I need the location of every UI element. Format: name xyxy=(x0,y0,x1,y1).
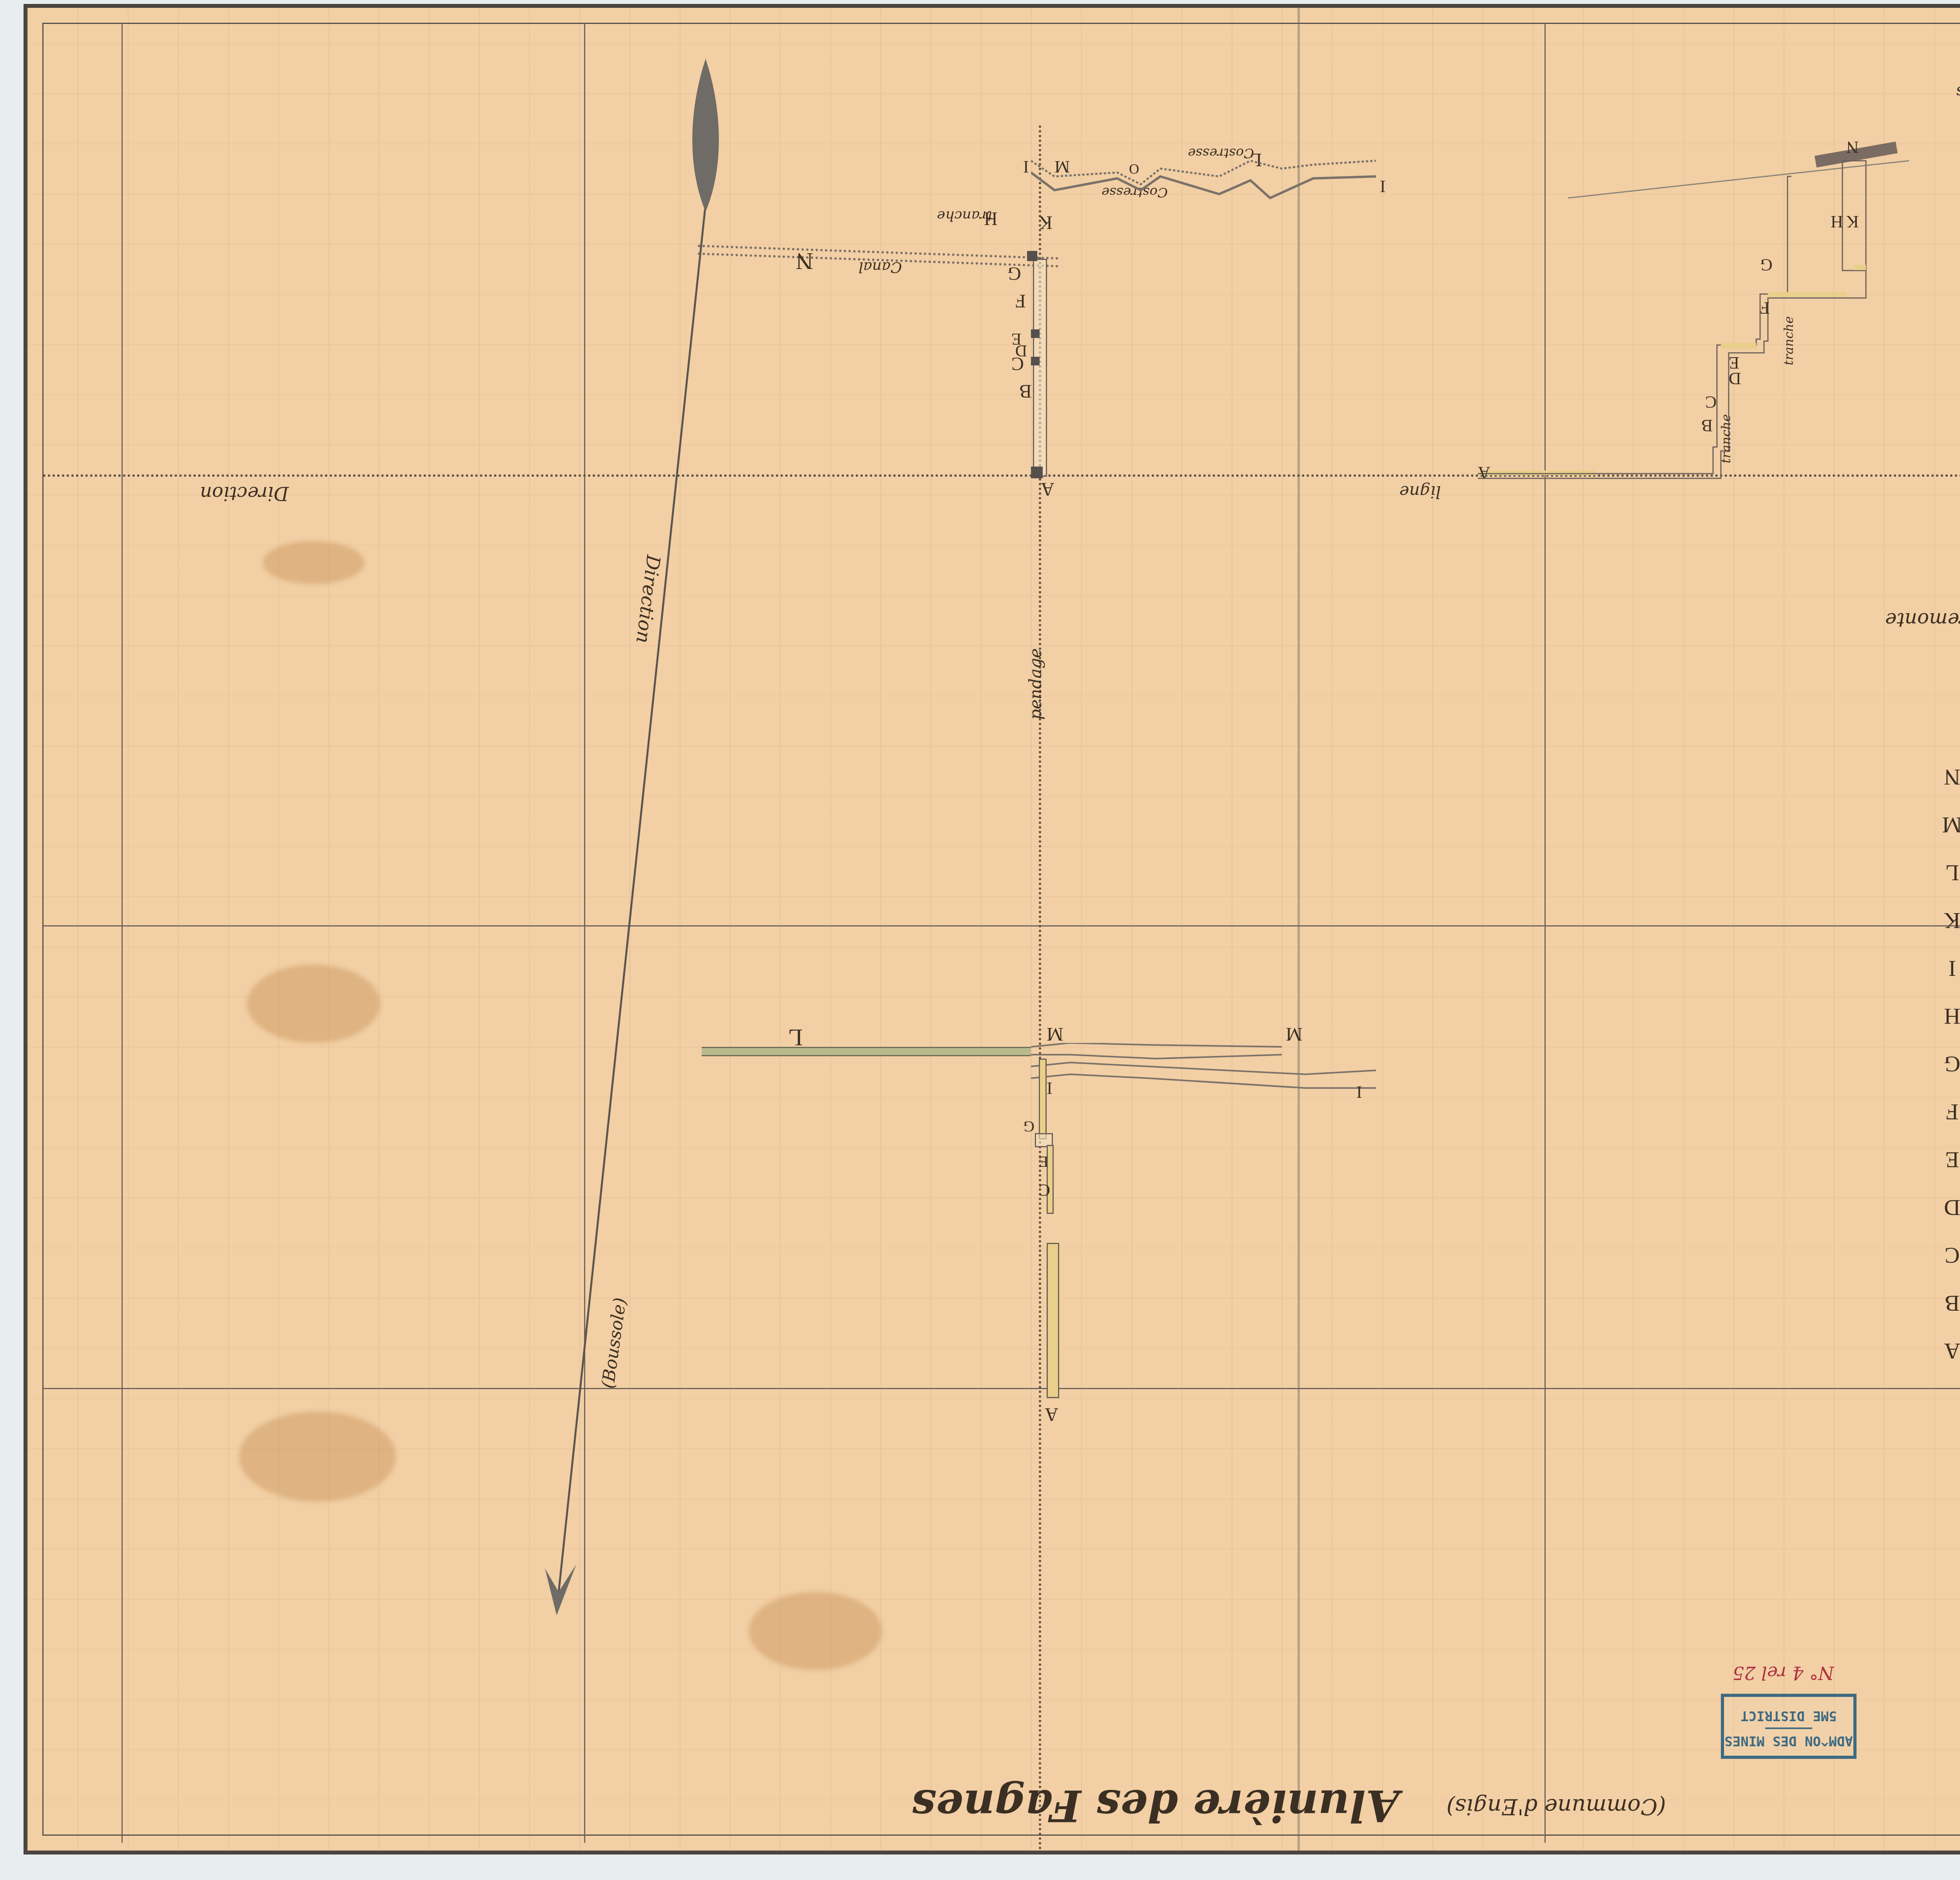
stamp-divider xyxy=(1765,1727,1812,1729)
legend-row: A Bure d'extraction, xyxy=(1921,1317,1960,1364)
section-letter-A: A xyxy=(1478,463,1490,483)
section-letter-C: C xyxy=(1705,392,1717,412)
legend-key: N xyxy=(1936,764,1960,790)
section-tranche-label: tranche xyxy=(1719,414,1733,463)
lower-letter-M-right: M xyxy=(1286,1023,1303,1045)
legend-row: N veine d'alun. xyxy=(1921,743,1960,790)
legend-key: G xyxy=(1936,1051,1960,1077)
lower-letter-C: C xyxy=(1039,1180,1050,1200)
shaft-marker xyxy=(1031,467,1043,478)
legend-row: F tranche du 2me au 3me bouxtay, xyxy=(1921,1078,1960,1125)
grid-line xyxy=(122,24,123,1843)
plan-letter-I-right: I xyxy=(1380,176,1386,196)
lower-shaft-bottom xyxy=(1047,1243,1059,1398)
section-letter-B: B xyxy=(1701,416,1713,436)
water-stain xyxy=(239,1411,396,1502)
plan-letter-G: G xyxy=(1007,263,1021,284)
plan-letter-A: A xyxy=(1041,478,1054,500)
stamp-line: ADM^ON DES MINES xyxy=(1724,1733,1853,1749)
canal-lower xyxy=(702,1047,1031,1056)
lower-letter-G: G xyxy=(1023,1117,1034,1136)
red-ink-note: N° 4 rel 25 xyxy=(1733,1662,1834,1684)
legend-key: A xyxy=(1936,1338,1960,1364)
direction-label-left: Direction xyxy=(200,482,289,504)
paper-fold xyxy=(1298,8,1300,1851)
legend-row: D tranche du 1er au 2me bouxtay, xyxy=(1921,1174,1960,1221)
legend-key: M xyxy=(1936,812,1960,838)
legend-key: K xyxy=(1936,908,1960,934)
shaft-marker xyxy=(1031,357,1040,365)
legend-row: B tranche, ou bacnure, du bure, au 1er b… xyxy=(1921,1270,1960,1317)
scale-block: Echelle, 10 20 30 40 50 60 70 80 90 100 … xyxy=(1870,16,1960,141)
water-stain xyxy=(247,965,380,1043)
legend-row: K tranche du fond du 3me bouxtay, xyxy=(1921,887,1960,934)
ligne-label: ligne xyxy=(1399,482,1441,501)
tranche-label: tranche xyxy=(937,208,992,224)
note-block: Il faut observer que l'eau descend par l… xyxy=(1752,541,1960,690)
footer-subtitle: (Commune d'Engis) xyxy=(1446,1794,1666,1819)
plan-letter-E: E xyxy=(1011,329,1022,348)
lower-letter-L: L xyxy=(788,1023,803,1051)
stamp-line: 5ME DISTRICT xyxy=(1724,1708,1853,1724)
grid-line xyxy=(43,1388,1960,1389)
lower-letter-E: E xyxy=(1039,1153,1048,1171)
plan-letter-L: N xyxy=(796,247,813,275)
lower-letter-A: A xyxy=(1045,1404,1058,1425)
legend-key: F xyxy=(1936,1099,1960,1125)
section-letter-F: F xyxy=(1760,298,1769,318)
legend-row: M Costresse à l'ouest, xyxy=(1921,791,1960,838)
compass-arrow-icon xyxy=(521,47,757,1635)
legend-row: H tranche en descendant le 3me bouxtay, xyxy=(1921,983,1960,1030)
legend-key: I xyxy=(1936,955,1960,982)
costresse-gallery xyxy=(1031,153,1384,216)
section-letter-E: E xyxy=(1729,353,1739,373)
shaft-marker xyxy=(1027,251,1037,261)
legend-row: C premier bouxtay, xyxy=(1921,1222,1960,1269)
legend-key: C xyxy=(1936,1242,1960,1269)
plan-letter-B: B xyxy=(1019,380,1032,402)
legend-row: E deuxième bouxtay, xyxy=(1921,1126,1960,1173)
note-line: bure d'extraction, traverse les anciens … xyxy=(1885,609,1960,631)
lower-letter-M: M xyxy=(1047,1023,1063,1045)
canal-label: Canal xyxy=(858,259,902,276)
plan-letter-F: F xyxy=(1015,290,1026,312)
scale-tick-label: 100 mètres xyxy=(1956,78,1960,102)
shaft-gallery xyxy=(1033,259,1047,477)
legend-row: L Canal d'écoulement, xyxy=(1921,839,1960,886)
legend-key: B xyxy=(1936,1290,1960,1317)
legend-row: G troisième bouxtay, xyxy=(1921,1030,1960,1077)
map-sheet: Direction Direction (Boussole) N Canal A… xyxy=(24,4,1960,1855)
section-letter-N: N xyxy=(1846,137,1859,157)
water-stain xyxy=(263,541,365,584)
pendage-label: pendage xyxy=(1026,648,1045,719)
scale-ticks: 10 20 30 40 50 60 70 80 90 100 mètres xyxy=(1956,78,1960,102)
legend-key: H xyxy=(1936,1003,1960,1030)
legend-key: L xyxy=(1936,860,1960,886)
footer-title-block: Alunière des Fagnes (Commune d'Engis) xyxy=(851,1772,1674,1835)
legend-key: D xyxy=(1936,1195,1960,1221)
lower-letter-I: I xyxy=(1047,1078,1053,1098)
section-tranche-label-2: tranche xyxy=(1781,316,1796,365)
legend: A Bure d'extraction, B tranche, ou bacnu… xyxy=(1921,737,1960,1364)
section-letter-G: G xyxy=(1760,255,1773,275)
lower-shaft-upper xyxy=(1039,1059,1047,1139)
legend-key: E xyxy=(1936,1147,1960,1173)
section-letter-H: H xyxy=(1831,212,1843,232)
archive-stamp: ADM^ON DES MINES 5ME DISTRICT xyxy=(1721,1694,1857,1759)
legend-row: I Costresse à l'ouest qu'on continue d'a… xyxy=(1921,935,1960,982)
section-letter-K: K xyxy=(1846,212,1859,232)
section-drawing xyxy=(1478,125,1909,498)
plan-letter-I: I xyxy=(1023,157,1029,177)
lower-letter-I-right: I xyxy=(1356,1082,1362,1102)
grid-line xyxy=(43,925,1960,926)
shaft-marker xyxy=(1031,329,1040,338)
footer-title: Alunière des Fagnes xyxy=(912,1780,1399,1831)
costresse-lower xyxy=(1031,1043,1384,1098)
water-stain xyxy=(749,1592,882,1670)
